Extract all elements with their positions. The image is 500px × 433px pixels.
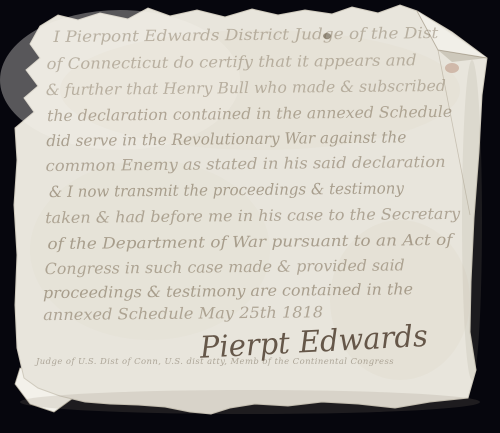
rust-spot	[445, 63, 459, 73]
annotation-line: Judge of U.S. Dist of Conn, U.S. dist at…	[34, 357, 394, 366]
photo-stage: I Pierpont Edwards District Judge of the…	[0, 0, 500, 433]
right-edge-shadow	[462, 60, 482, 380]
document-photograph: I Pierpont Edwards District Judge of the…	[0, 0, 500, 433]
handwritten-line: annexed Schedule May 25th 1818	[43, 303, 323, 324]
handwritten-line: & I now transmit the proceedings & testi…	[49, 179, 404, 201]
handwritten-line: Congress in such case made & provided sa…	[45, 256, 405, 278]
handwritten-line: did serve in the Revolutionary War again…	[46, 128, 406, 150]
bottom-edge-shadow	[20, 390, 480, 414]
